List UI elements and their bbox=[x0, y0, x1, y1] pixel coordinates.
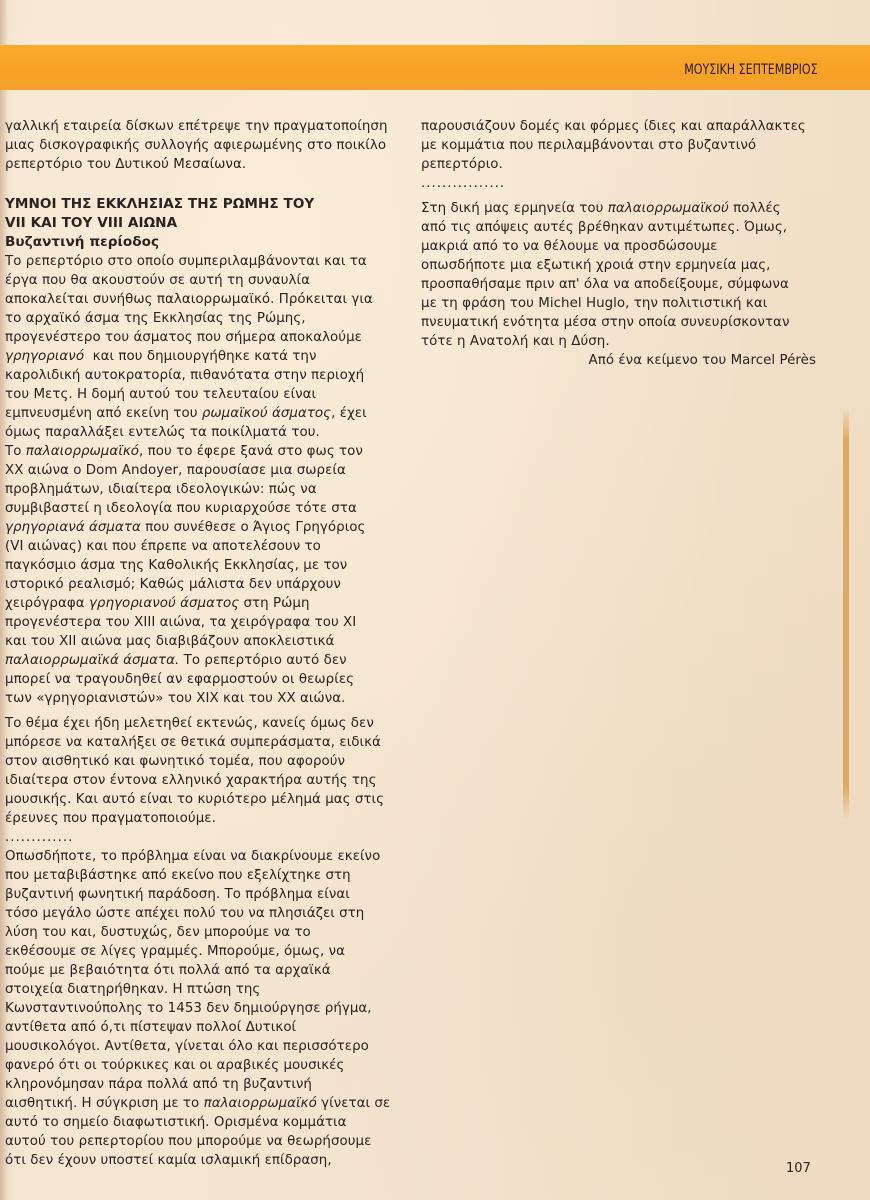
text-line: αντίθετα από ό,τι πίστεψαν πολλοί Δυτικο… bbox=[5, 1018, 415, 1037]
text-line: των «γρηγοριανιστών» του XIX και του XX … bbox=[5, 689, 415, 708]
text-fragment: Το bbox=[5, 444, 26, 459]
text-line: προγενέστερο του άσματος που σήμερα αποκ… bbox=[5, 328, 415, 347]
text-line: με κομμάτια που περιλαμβάνονται στο βυζα… bbox=[421, 136, 826, 155]
text-line: εκθέσουμε σε λίγες γραμμές. Μπορούμε, όμ… bbox=[5, 942, 415, 961]
text-line: τότε η Ανατολή και η Δύση. bbox=[421, 332, 826, 351]
text-fragment: εμπνευσμένη από εκείνη του bbox=[5, 406, 202, 421]
text-line: του Μετς. Η δομή αυτού του τελευταίου εί… bbox=[5, 385, 415, 404]
paragraph-continued: παρουσιάζουν δομές και φόρμες ίδιες και … bbox=[421, 117, 826, 174]
text-line: Οπωσδήποτε, το πρόβλημα είναι να διακρίν… bbox=[5, 847, 415, 866]
text-line: χειρόγραφα γρηγοριανού άσματος στη Ρώμη bbox=[5, 594, 415, 613]
text-line: γρηγοριανά άσματα που συνέθεσε ο Άγιος Γ… bbox=[5, 518, 415, 537]
text-fragment: χειρόγραφα bbox=[5, 596, 89, 611]
text-line: προγενέστερα του XIII αιώνα, τα χειρόγρα… bbox=[5, 613, 415, 632]
heading-line: ΥΜΝΟΙ ΤΗΣ ΕΚΚΛΗΣΙΑΣ ΤΗΣ ΡΩΜΗΣ ΤΟΥ bbox=[5, 195, 415, 214]
text-line: στοιχεία διατηρήθηκαν. Η πτώση της bbox=[5, 980, 415, 999]
text-line: από τις απόψεις αυτές βρέθηκαν αντιμέτωπ… bbox=[421, 218, 826, 237]
text-line: με τη φράση του Michel Huglo, την πολιτι… bbox=[421, 294, 826, 313]
heading-line: VII ΚΑΙ ΤΟΥ VIII ΑΙΩΝΑ bbox=[5, 214, 415, 233]
italic-term: παλαιορρωμαϊκό bbox=[26, 444, 139, 459]
text-line: μουσικολόγοι. Αντίθετα, γίνεται όλο και … bbox=[5, 1037, 415, 1056]
text-line: πνευματική ενότητα μέσα στην οποία συνευ… bbox=[421, 313, 826, 332]
text-line: αυτού του ρεπερτορίου που μπορούμε να θε… bbox=[5, 1132, 415, 1151]
italic-term: ρωμαϊκού άσματος bbox=[202, 406, 331, 421]
text-line: προβλημάτων, ιδιαίτερα ιδεολογικών: πώς … bbox=[5, 480, 415, 499]
text-line: αισθητική. Η σύγκριση με το παλαιορρωμαϊ… bbox=[5, 1094, 415, 1113]
text-fragment: αισθητική. Η σύγκριση με το bbox=[5, 1096, 204, 1111]
text-line: ρεπερτόριο του Δυτικού Μεσαίωνα. bbox=[5, 155, 415, 174]
author-attribution: Από ένα κείμενο του Marcel Pérès bbox=[421, 351, 826, 370]
right-column: παρουσιάζουν δομές και φόρμες ίδιες και … bbox=[421, 117, 826, 370]
text-fragment: Το ρεπερτόριο αυτό δεν bbox=[179, 653, 346, 668]
ellipsis-separator: ................ bbox=[421, 174, 826, 193]
text-line: εμπνευσμένη από εκείνη του ρωμαϊκού άσμα… bbox=[5, 404, 415, 423]
text-line: ιστορικό ρεαλισμό; Καθώς μάλιστα δεν υπά… bbox=[5, 575, 415, 594]
text-line: φανερό ότι οι τούρκικες και οι αραβικές … bbox=[5, 1056, 415, 1075]
text-fragment: στη Ρώμη bbox=[239, 596, 309, 611]
text-line: και του XII αιώνα μας διαβιβάζουν αποκλε… bbox=[5, 632, 415, 651]
italic-term: παλαιορρωμαϊκού bbox=[608, 201, 729, 216]
text-line: XX αιώνα ο Dom Andoyer, παρουσίασε μια σ… bbox=[5, 461, 415, 480]
text-line: έρευνες που πραγματοποιούμε. bbox=[5, 809, 415, 828]
text-line: βυζαντινή φωνητική παράδοση. Το πρόβλημα… bbox=[5, 885, 415, 904]
intro-paragraph: γαλλική εταιρεία δίσκων επέτρεψε την πρα… bbox=[5, 117, 415, 174]
text-line: ρεπερτόριο. bbox=[421, 155, 826, 174]
text-line: Στη δική μας ερμηνεία του παλαιορρωμαϊκο… bbox=[421, 199, 826, 218]
italic-term: γρηγοριανού άσματος bbox=[89, 596, 239, 611]
left-column: γαλλική εταιρεία δίσκων επέτρεψε την πρα… bbox=[5, 117, 415, 1170]
paragraph-4: Οπωσδήποτε, το πρόβλημα είναι να διακρίν… bbox=[5, 847, 415, 1170]
tape-stain bbox=[843, 408, 849, 820]
text-line: το αρχαϊκό άσμα της Εκκλησίας της Ρώμης, bbox=[5, 309, 415, 328]
text-line: που μεταβιβάστηκε από εκείνο που εξελίχτ… bbox=[5, 866, 415, 885]
text-line: τόσο μεγάλο ώστε απέχει πολύ του να πλησ… bbox=[5, 904, 415, 923]
text-line: οπωσδήποτε μια εξωτική χροιά στην ερμηνε… bbox=[421, 256, 826, 275]
text-line: έργα που θα ακουστούν σε αυτή τη συναυλί… bbox=[5, 271, 415, 290]
text-line: γαλλική εταιρεία δίσκων επέτρεψε την πρα… bbox=[5, 117, 415, 136]
text-line: πούμε με βεβαιότητα ότι πολλά από τα αρχ… bbox=[5, 961, 415, 980]
text-line: όμως παραλλάξει εντελώς τα ποικίλματά το… bbox=[5, 423, 415, 442]
text-line: Το θέμα έχει ήδη μελετηθεί εκτενώς, κανε… bbox=[5, 714, 415, 733]
text-line: συμβιβαστεί η ιδεολογία που κυριαρχούσε … bbox=[5, 499, 415, 518]
text-line: μακριά από το να θέλουμε να προσδώσουμε bbox=[421, 237, 826, 256]
section-header-band: ΜΟΥΣΙΚΗ ΣΕΠΤΕΜΒΡΙΟΣ bbox=[0, 45, 870, 90]
page-number: 107 bbox=[786, 1161, 811, 1176]
text-line: αποκαλείται συνήθως παλαιορρωμαϊκό. Πρόκ… bbox=[5, 290, 415, 309]
text-line: Το παλαιορρωμαϊκό, που το έφερε ξανά στο… bbox=[5, 442, 415, 461]
text-fragment: Στη δική μας ερμηνεία του bbox=[421, 201, 608, 216]
text-line: μπορεί να τραγουδηθεί αν εφαρμοστούν οι … bbox=[5, 670, 415, 689]
ellipsis-separator: ............. bbox=[5, 828, 415, 847]
paragraph-3: Το θέμα έχει ήδη μελετηθεί εκτενώς, κανε… bbox=[5, 714, 415, 828]
text-line: αυτό το σημείο διαφωτιστική. Ορισμένα κο… bbox=[5, 1113, 415, 1132]
paragraph-1: Το ρεπερτόριο στο οποίο συμπεριλαμβάνοντ… bbox=[5, 252, 415, 442]
text-line: μπόρεσε να καταλήξει σε θετικά συμπεράσμ… bbox=[5, 733, 415, 752]
text-fragment: που συνέθεσε ο Άγιος Γρηγόριος bbox=[141, 520, 366, 535]
text-fragment: , που το έφερε ξανά στο φως τον bbox=[139, 444, 363, 459]
text-line: προσπαθήσαμε πριν απ' όλα να αποδείξουμε… bbox=[421, 275, 826, 294]
text-line: λύση του και, δυστυχώς, δεν μπορούμε να … bbox=[5, 923, 415, 942]
text-line: γρηγοριανό και που δημιουργήθηκε κατά τη… bbox=[5, 347, 415, 366]
section-heading: ΥΜΝΟΙ ΤΗΣ ΕΚΚΛΗΣΙΑΣ ΤΗΣ ΡΩΜΗΣ ΤΟΥ VII ΚΑ… bbox=[5, 195, 415, 252]
text-line: παλαιορρωμαϊκά άσματα. Το ρεπερτόριο αυτ… bbox=[5, 651, 415, 670]
text-line: παγκόσμιο άσμα της Καθολικής Εκκλησίας, … bbox=[5, 556, 415, 575]
text-line: ιδιαίτερα στον έντονα ελληνικό χαρακτήρα… bbox=[5, 771, 415, 790]
text-line: Κωνσταντινούπολης το 1453 δεν δημιούργησ… bbox=[5, 999, 415, 1018]
text-line: στον αισθητικό και φωνητικό τομέα, που α… bbox=[5, 752, 415, 771]
text-line: μιας δισκογραφικής συλλογής αφιερωμένης … bbox=[5, 136, 415, 155]
section-title: ΜΟΥΣΙΚΗ ΣΕΠΤΕΜΒΡΙΟΣ bbox=[685, 62, 818, 78]
text-fragment: και που δημιουργήθηκε κατά την bbox=[84, 349, 316, 364]
text-fragment: πολλές bbox=[729, 201, 781, 216]
text-line: ότι δεν έχουν υποστεί καμία ισλαμική επί… bbox=[5, 1151, 415, 1170]
italic-term: γρηγοριανά άσματα bbox=[5, 520, 141, 535]
text-line: μουσικής. Και αυτό είναι το κυριότερο μέ… bbox=[5, 790, 415, 809]
text-fragment: γίνεται σε bbox=[317, 1096, 390, 1111]
paragraph-2: Το παλαιορρωμαϊκό, που το έφερε ξανά στο… bbox=[5, 442, 415, 708]
italic-term: παλαιορρωμαϊκά άσματα. bbox=[5, 653, 179, 668]
text-line: Το ρεπερτόριο στο οποίο συμπεριλαμβάνοντ… bbox=[5, 252, 415, 271]
italic-term: γρηγοριανό bbox=[5, 349, 84, 364]
subheading: Βυζαντινή περίοδος bbox=[5, 233, 415, 252]
text-fragment: , έχει bbox=[331, 406, 367, 421]
text-line: παρουσιάζουν δομές και φόρμες ίδιες και … bbox=[421, 117, 826, 136]
text-line: καρολιδική αυτοκρατορία, πιθανότατα στην… bbox=[5, 366, 415, 385]
text-line: κληρονόμησαν πάρα πολλά από τη βυζαντινή bbox=[5, 1075, 415, 1094]
italic-term: παλαιορρωμαϊκό bbox=[204, 1096, 317, 1111]
closing-paragraph: Στη δική μας ερμηνεία του παλαιορρωμαϊκο… bbox=[421, 199, 826, 351]
text-line: (VI αιώνας) και που έπρεπε να αποτελέσου… bbox=[5, 537, 415, 556]
